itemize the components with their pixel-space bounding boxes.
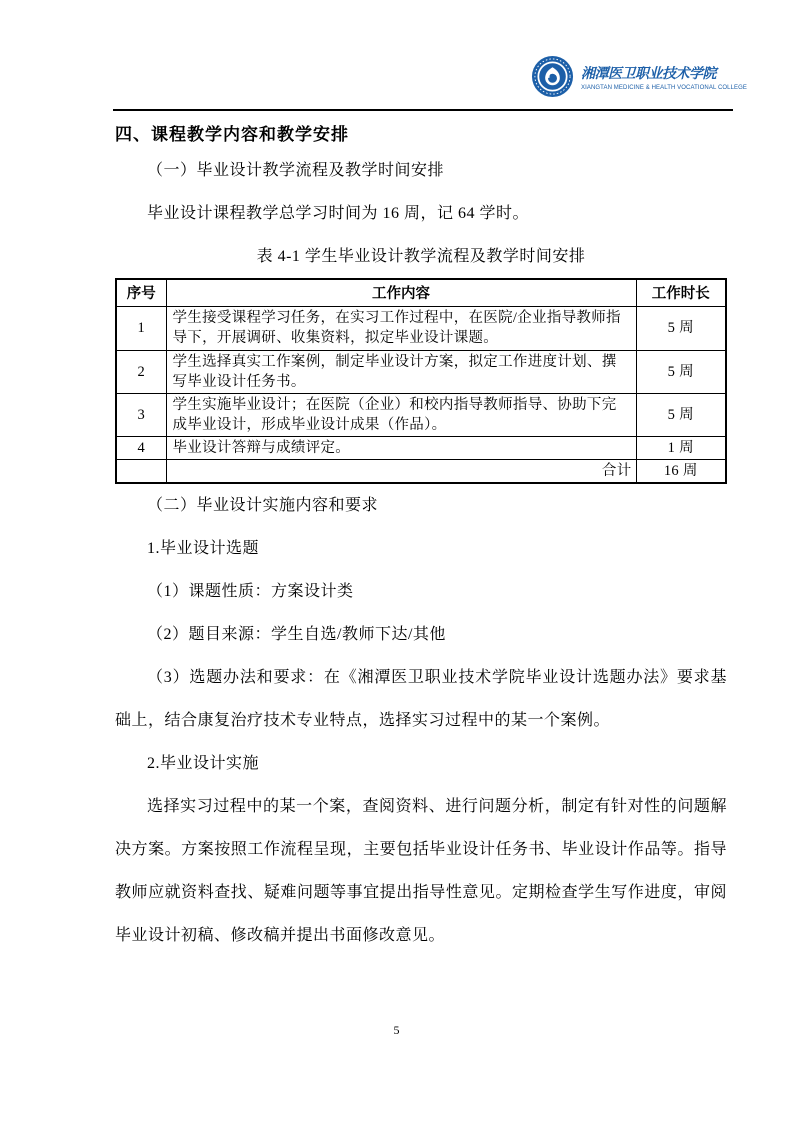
table-row: 3 学生实施毕业设计；在医院（企业）和校内指导教师指导、协助下完成毕业设计，形成…	[116, 393, 726, 436]
table-row: 4 毕业设计答辩与成绩评定。 1 周	[116, 436, 726, 459]
row-duration: 5 周	[636, 350, 726, 393]
page-footer: 5	[0, 1020, 793, 1040]
college-emblem-icon	[531, 55, 574, 103]
item-2-title: 2.毕业设计实施	[115, 742, 727, 785]
document-body: 四、课程教学内容和教学安排 （一）毕业设计教学流程及教学时间安排 毕业设计课程教…	[0, 121, 793, 957]
row-content: 学生接受课程学习任务，在实习工作过程中，在医院/企业指导教师指导下，开展调研、收…	[166, 306, 636, 350]
table-row: 2 学生选择真实工作案例，制定毕业设计方案，拟定工作进度计划、撰写毕业设计任务书…	[116, 350, 726, 393]
table-header-row: 序号 工作内容 工作时长	[116, 279, 726, 306]
item-1-point-1: （1）课题性质：方案设计类	[115, 570, 727, 613]
table-total-row: 合计 16 周	[116, 459, 726, 483]
item-2-paragraph: 选择实习过程中的某一个案，查阅资料、进行问题分析，制定有针对性的问题解决方案。方…	[115, 785, 727, 957]
table-caption: 表 4-1 学生毕业设计教学流程及教学时间安排	[115, 235, 727, 278]
row-duration: 5 周	[636, 306, 726, 350]
row-content: 学生实施毕业设计；在医院（企业）和校内指导教师指导、协助下完成毕业设计，形成毕业…	[166, 393, 636, 436]
total-empty-cell	[116, 459, 166, 483]
item-1-point-3: （3）选题办法和要求：在《湘潭医卫职业技术学院毕业设计选题办法》要求基础上，结合…	[115, 656, 727, 742]
row-duration: 5 周	[636, 393, 726, 436]
subsection-2-title: （二）毕业设计实施内容和要求	[115, 484, 727, 527]
subsection-1-title: （一）毕业设计教学流程及教学时间安排	[115, 149, 727, 192]
college-logo-text: 湘潭医卫职业技术学院 XIANGTAN MEDICINE & HEALTH VO…	[581, 66, 747, 92]
total-label: 合计	[166, 459, 636, 483]
row-number: 1	[116, 306, 166, 350]
row-number: 2	[116, 350, 166, 393]
row-number: 3	[116, 393, 166, 436]
document-page: 湘潭医卫职业技术学院 XIANGTAN MEDICINE & HEALTH VO…	[0, 0, 793, 1122]
college-logo: 湘潭医卫职业技术学院 XIANGTAN MEDICINE & HEALTH VO…	[531, 55, 747, 103]
col-header-no: 序号	[116, 279, 166, 306]
page-header: 湘潭医卫职业技术学院 XIANGTAN MEDICINE & HEALTH VO…	[0, 0, 793, 110]
item-1-point-2: （2）题目来源：学生自选/教师下达/其他	[115, 613, 727, 656]
subsection-1-intro: 毕业设计课程教学总学习时间为 16 周，记 64 学时。	[115, 192, 727, 235]
col-header-content: 工作内容	[166, 279, 636, 306]
header-divider	[113, 109, 733, 111]
section-heading: 四、课程教学内容和教学安排	[115, 121, 727, 149]
total-value: 16 周	[636, 459, 726, 483]
table-row: 1 学生接受课程学习任务，在实习工作过程中，在医院/企业指导教师指导下，开展调研…	[116, 306, 726, 350]
teaching-flow-table: 序号 工作内容 工作时长 1 学生接受课程学习任务，在实习工作过程中，在医院/企…	[115, 278, 727, 484]
row-duration: 1 周	[636, 436, 726, 459]
college-name-cn: 湘潭医卫职业技术学院	[581, 66, 747, 84]
row-content: 毕业设计答辩与成绩评定。	[166, 436, 636, 459]
page-number: 5	[394, 1023, 400, 1037]
college-name-en: XIANGTAN MEDICINE & HEALTH VOCATIONAL CO…	[581, 84, 747, 92]
col-header-duration: 工作时长	[636, 279, 726, 306]
row-number: 4	[116, 436, 166, 459]
item-1-title: 1.毕业设计选题	[115, 527, 727, 570]
row-content: 学生选择真实工作案例，制定毕业设计方案，拟定工作进度计划、撰写毕业设计任务书。	[166, 350, 636, 393]
